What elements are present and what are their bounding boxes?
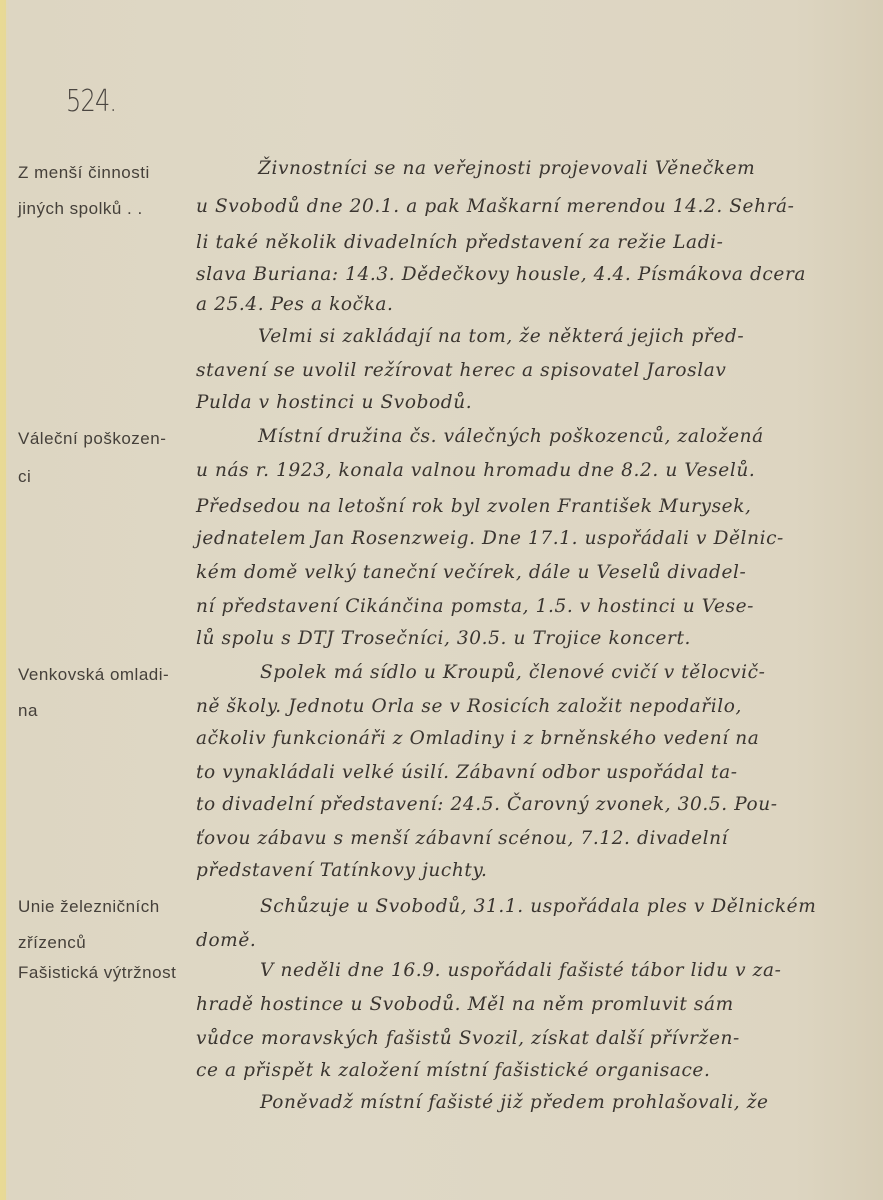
text-line: lů spolu s DTJ Trosečníci, 30.5. u Troji… xyxy=(196,630,853,649)
text-line: ce a přispět k založení místní fašistick… xyxy=(196,1062,853,1081)
text-line: to vynakládali velké úsilí. Zábavní odbo… xyxy=(196,764,853,783)
text-line: a 25.4. Pes a kočka. xyxy=(196,296,853,315)
page-number: 524. xyxy=(66,84,116,119)
text-line: u nás r. 1923, konala valnou hromadu dne… xyxy=(196,462,853,481)
margin-note-fasisticka-vytrznost: Fašistická výtržnost xyxy=(18,964,176,981)
text-line: Místní družina čs. válečných poškozenců,… xyxy=(258,428,853,447)
text-line: ně školy. Jednotu Orla se v Rosicích zal… xyxy=(196,698,853,717)
text-line: kém domě velký taneční večírek, dále u V… xyxy=(196,564,853,583)
text-line: li také několik divadelních představení … xyxy=(196,234,853,253)
text-line: domě. xyxy=(196,932,853,951)
text-line: V neděli dne 16.9. uspořádali fašisté tá… xyxy=(260,962,853,981)
text-line: vůdce moravských fašistů Svozil, získat … xyxy=(196,1030,853,1049)
text-line: u Svobodů dne 20.1. a pak Maškarní meren… xyxy=(196,198,853,217)
text-line: to divadelní představení: 24.5. Čarovný … xyxy=(196,796,853,815)
margin-note-venkovska-omladina: Venkovská omladi- xyxy=(18,666,169,683)
text-line: jednatelem Jan Rosenzweig. Dne 17.1. usp… xyxy=(196,530,853,549)
text-line: ačkoliv funkcionáři z Omladiny i z brněn… xyxy=(196,730,853,749)
text-line: Velmi si zakládají na tom, že některá je… xyxy=(258,328,853,347)
margin-note-zmensi-cinnosti: Z menší činnosti xyxy=(18,164,150,181)
text-line: ťovou zábavu s menší zábavní scénou, 7.1… xyxy=(196,830,853,849)
text-line: Schůzuje u Svobodů, 31.1. uspořádala ple… xyxy=(260,898,853,917)
margin-note-venkovska-omladina-cont: na xyxy=(18,702,38,719)
text-line: představení Tatínkovy juchty. xyxy=(196,862,853,881)
text-line: slava Buriana: 14.3. Dědečkovy housle, 4… xyxy=(196,266,853,285)
margin-note-valecni-poskozenci-cont: ci xyxy=(18,468,31,485)
text-line: Poněvadž místní fašisté již předem prohl… xyxy=(260,1094,853,1113)
text-line: Pulda v hostinci u Svobodů. xyxy=(196,394,853,413)
margin-note-valecni-poskozenci: Váleční poškozen- xyxy=(18,430,166,447)
text-line: Spolek má sídlo u Kroupů, členové cvičí … xyxy=(260,664,853,683)
margin-note-jinych-spolku: jiných spolků . . xyxy=(18,200,143,217)
text-line: Živnostníci se na veřejnosti projevovali… xyxy=(258,160,853,179)
margin-note-unie-zeleznicnich: Unie železničních xyxy=(18,898,160,915)
margin-note-zrizencu: zřízenců xyxy=(18,934,86,951)
text-line: hradě hostince u Svobodů. Měl na něm pro… xyxy=(196,996,853,1015)
text-line: Předsedou na letošní rok byl zvolen Fran… xyxy=(196,498,853,517)
text-line: ní představení Cikánčina pomsta, 1.5. v … xyxy=(196,598,853,617)
text-line: stavení se uvolil režírovat herec a spis… xyxy=(196,362,853,381)
manuscript-page: 524. Z menší činnosti jiných spolků . . … xyxy=(0,0,883,1200)
